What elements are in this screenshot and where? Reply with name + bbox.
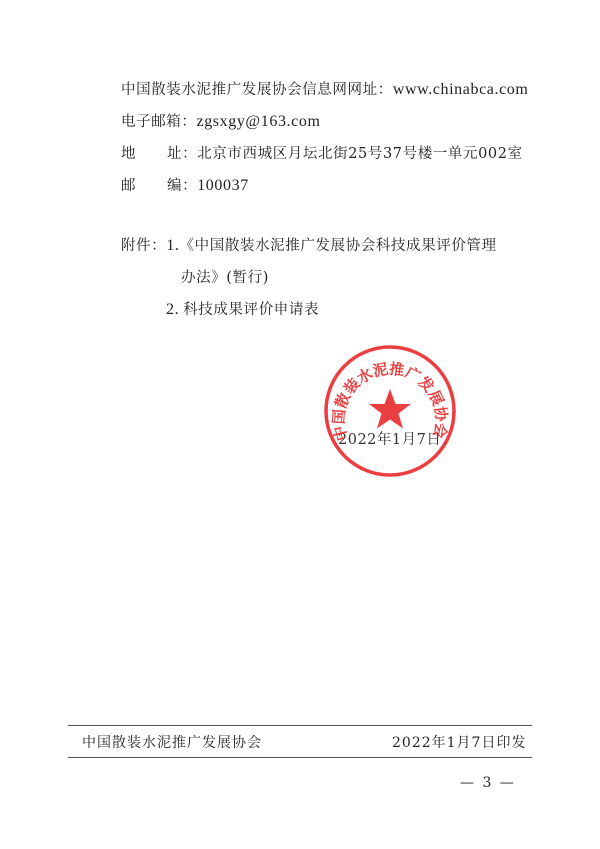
postcode-label-1: 邮 <box>121 174 167 195</box>
attachment-1-title-cont: 办法》(暂行) <box>181 270 269 286</box>
contact-email-line: 电子邮箱：zgsxgy@163.com <box>121 110 321 131</box>
attachment-1-title: 《中国散装水泥推广发展协会科技成果评价管理 <box>180 238 497 254</box>
website-link[interactable]: www.chinabca.com <box>393 81 529 98</box>
website-label: 中国散装水泥推广发展协会信息网网址： <box>121 82 393 98</box>
official-seal-icon: 中国散装水泥推广发展协会 <box>322 343 458 479</box>
attachment-2-title: 科技成果评价申请表 <box>183 302 319 318</box>
attachment-2-number: 2. <box>166 301 179 318</box>
footer-issuer: 中国散装水泥推广发展协会 <box>82 732 262 752</box>
postcode-label-2: 编： <box>167 178 197 194</box>
footer-rule-top <box>68 725 532 726</box>
postcode-value: 100037 <box>197 177 249 194</box>
contact-address-line: 地址：北京市西城区月坛北街25号37号楼一单元002室 <box>121 142 523 163</box>
email-link[interactable]: zgsxgy@163.com <box>197 113 321 130</box>
attachment-1-number: 1. <box>166 237 179 254</box>
address-value: 北京市西城区月坛北街25号37号楼一单元002室 <box>197 146 522 162</box>
footer-issue-date: 2022年1月7日印发 <box>392 732 526 752</box>
page-number: — 3 — <box>460 775 516 791</box>
address-label-1: 地 <box>121 142 167 163</box>
contact-postcode-line: 邮编：100037 <box>121 174 249 195</box>
attachments-label: 附件： <box>121 238 166 254</box>
email-label: 电子邮箱： <box>121 114 197 130</box>
footer-rule-bottom <box>68 757 532 758</box>
contact-website-line: 中国散装水泥推广发展协会信息网网址：www.chinabca.com <box>121 78 528 99</box>
address-label-2: 址： <box>167 146 197 162</box>
